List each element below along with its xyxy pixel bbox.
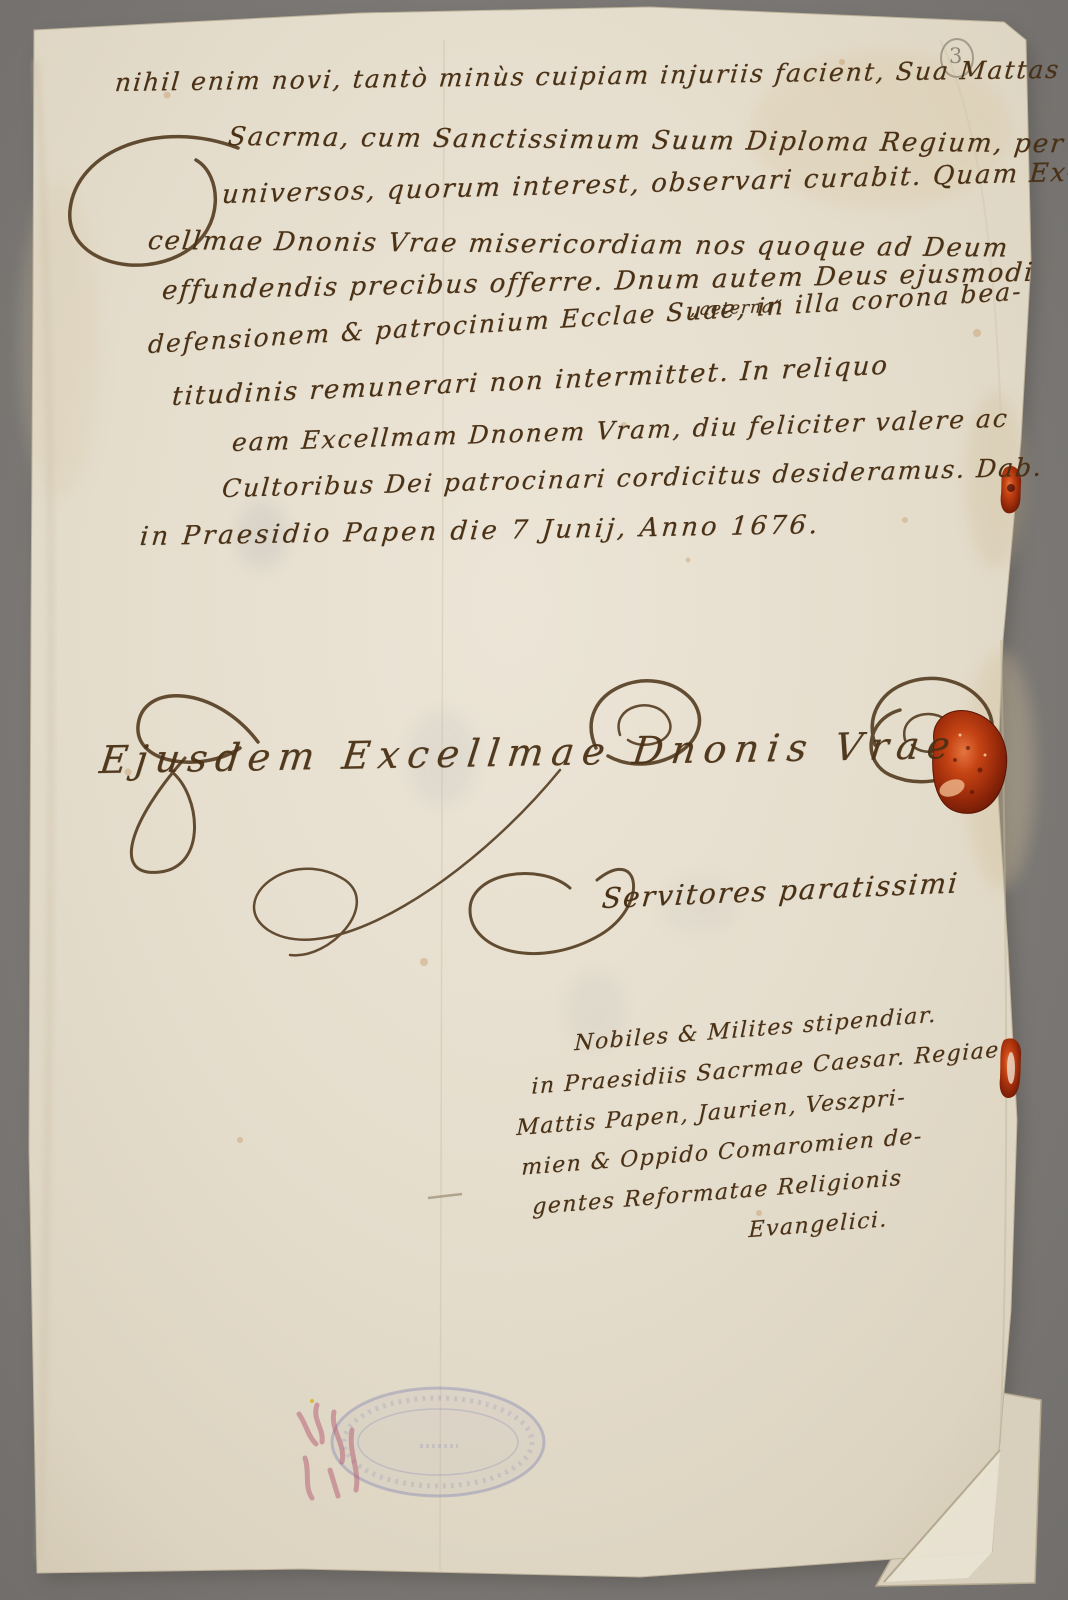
body-line-7: titudinis remunerari non intermittet. In… <box>171 351 890 412</box>
interlinear-insertion: „aeterna“ <box>689 297 783 320</box>
date-line: in Praesidio Papen die 7 Junij, Anno 167… <box>139 510 822 552</box>
body-line-3: universos, quorum interest, observari cu… <box>221 158 1068 210</box>
body-line-1: nihil enim novi, tantò minùs cuipiam inj… <box>114 55 1062 97</box>
body-line-2: Sacrma, cum Sanctissimum Suum Diploma Re… <box>226 122 1066 159</box>
body-line-8: eam Excellmam Dnonem Vram, diu feliciter… <box>231 404 1010 457</box>
salutation-line: Ejusdem Excellmae Dnonis Vrae <box>97 723 960 782</box>
signature-block: Nobiles & Milites stipendiar. in Praesid… <box>519 991 1002 1270</box>
body-line-9: Cultoribus Dei patrocinari cordicitus de… <box>221 452 1044 503</box>
photograph-background: 3 nihil enim novi, tantò minùs cuipiam i… <box>0 0 1068 1600</box>
subscription-line: Servitores paratissimi <box>600 866 960 915</box>
body-line-4: cellmae Dnonis Vrae misericordiam nos qu… <box>146 226 1011 263</box>
handwriting-layer: 3 nihil enim novi, tantò minùs cuipiam i… <box>0 0 1068 1600</box>
